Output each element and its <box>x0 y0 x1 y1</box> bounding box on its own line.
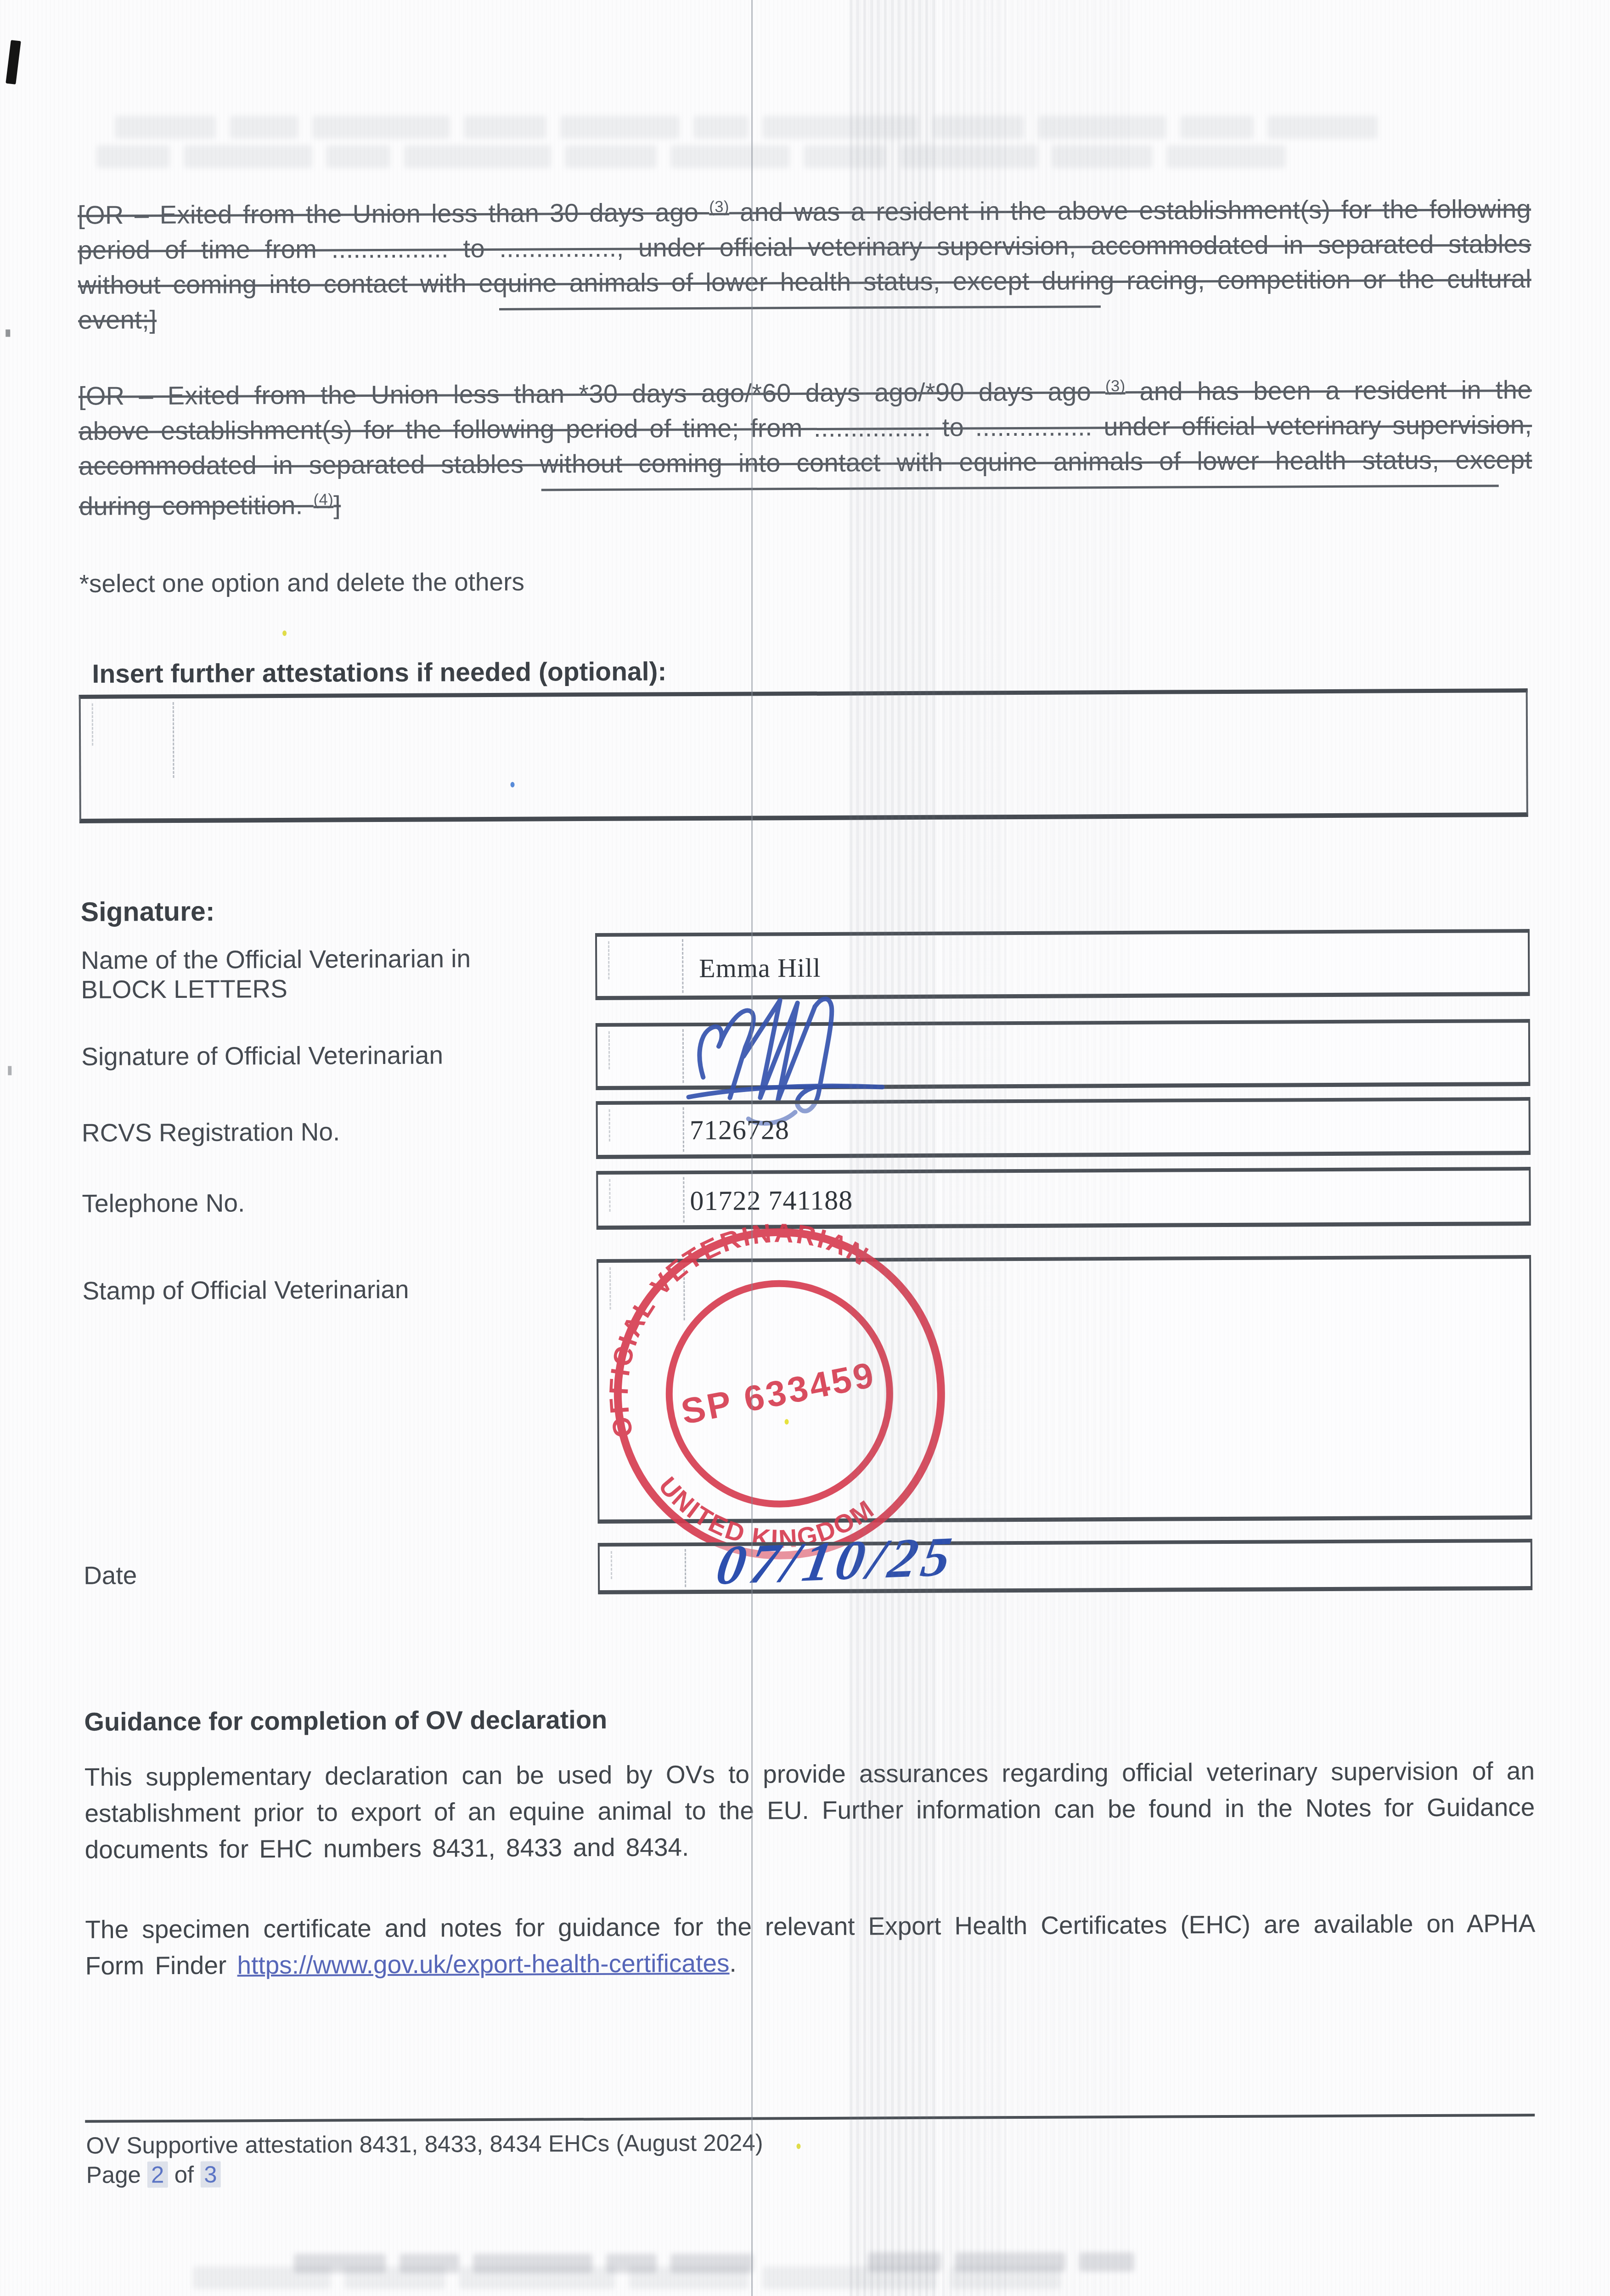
field-tick-mark <box>609 1109 610 1142</box>
struck-text: [OR – Exited from the Union less than 30… <box>78 198 709 230</box>
footnote-marker-4: (4) <box>313 491 333 508</box>
document-content: [OR – Exited from the Union less than 30… <box>0 0 1610 2296</box>
select-option-note: *select one option and delete the others <box>79 567 524 598</box>
guidance-heading: Guidance for completion of OV declaratio… <box>84 1705 607 1737</box>
struck-option-paragraph-1: [OR – Exited from the Union less than 30… <box>78 186 1531 337</box>
guidance-paragraph-1: This supplementary declaration can be us… <box>84 1753 1535 1868</box>
struck-text: [OR – Exited from the Union less than *3… <box>79 377 1105 411</box>
guidance-paragraph-2-period: . <box>729 1949 737 1977</box>
page-word: Page <box>86 2161 141 2188</box>
footer-divider-rule <box>85 2114 1535 2123</box>
field-tick-mark <box>608 1031 610 1069</box>
field-tick-mark <box>608 941 609 979</box>
rcvs-field-box: 7126728 <box>596 1097 1531 1159</box>
scanned-document-page: [OR – Exited from the Union less than 30… <box>0 0 1610 2296</box>
date-field-label: Date <box>84 1560 137 1590</box>
handwritten-date-value: 07/10/25 <box>712 1525 960 1598</box>
page-total-field: 3 <box>200 2161 221 2188</box>
export-health-certificates-link[interactable]: https://www.gov.uk/export-health-certifi… <box>237 1949 729 1980</box>
signature-section-heading: Signature: <box>81 896 215 928</box>
footer-page-indicator: Page 2 of 3 <box>86 2161 221 2189</box>
struck-option-paragraph-2: [OR – Exited from the Union less than *3… <box>79 367 1532 523</box>
field-cell-divider <box>683 1107 684 1152</box>
field-tick-mark <box>611 1551 612 1579</box>
field-cell-divider <box>685 1549 686 1587</box>
field-tick-mark <box>92 703 93 746</box>
rcvs-field-value: 7126728 <box>690 1114 789 1146</box>
page-number-field: 2 <box>147 2161 168 2188</box>
footnote-marker-3: (3) <box>709 198 729 216</box>
name-label-line-1: Name of the Official Veterinarian in <box>81 944 471 975</box>
name-field-label: Name of the Official Veterinarian in BLO… <box>81 944 471 1004</box>
telephone-field-label: Telephone No. <box>82 1188 245 1218</box>
further-attestations-box <box>79 688 1528 823</box>
of-word: of <box>174 2161 194 2188</box>
footnote-marker-3: (3) <box>1105 377 1126 395</box>
struck-text: ] <box>333 490 341 519</box>
footer-title: OV Supportive attestation 8431, 8433, 84… <box>86 2129 763 2159</box>
scan-edge-mark <box>6 330 10 337</box>
further-attestations-heading: Insert further attestations if needed (o… <box>92 656 666 689</box>
signature-field-label: Signature of Official Veterinarian <box>81 1040 443 1071</box>
rcvs-field-label: RCVS Registration No. <box>82 1117 340 1147</box>
name-label-line-2: BLOCK LETTERS <box>81 973 471 1004</box>
scan-edge-mark <box>8 1066 11 1075</box>
field-tick-mark <box>173 702 175 778</box>
stamp-field-label: Stamp of Official Veterinarian <box>82 1275 409 1306</box>
yellow-speck <box>796 2144 800 2149</box>
ink-speck <box>511 782 515 788</box>
guidance-paragraph-2: The specimen certificate and notes for g… <box>85 1905 1536 1984</box>
name-field-value: Emma Hill <box>699 952 821 984</box>
stamp-center-code: SP 633459 <box>678 1354 879 1432</box>
yellow-speck <box>282 630 287 636</box>
